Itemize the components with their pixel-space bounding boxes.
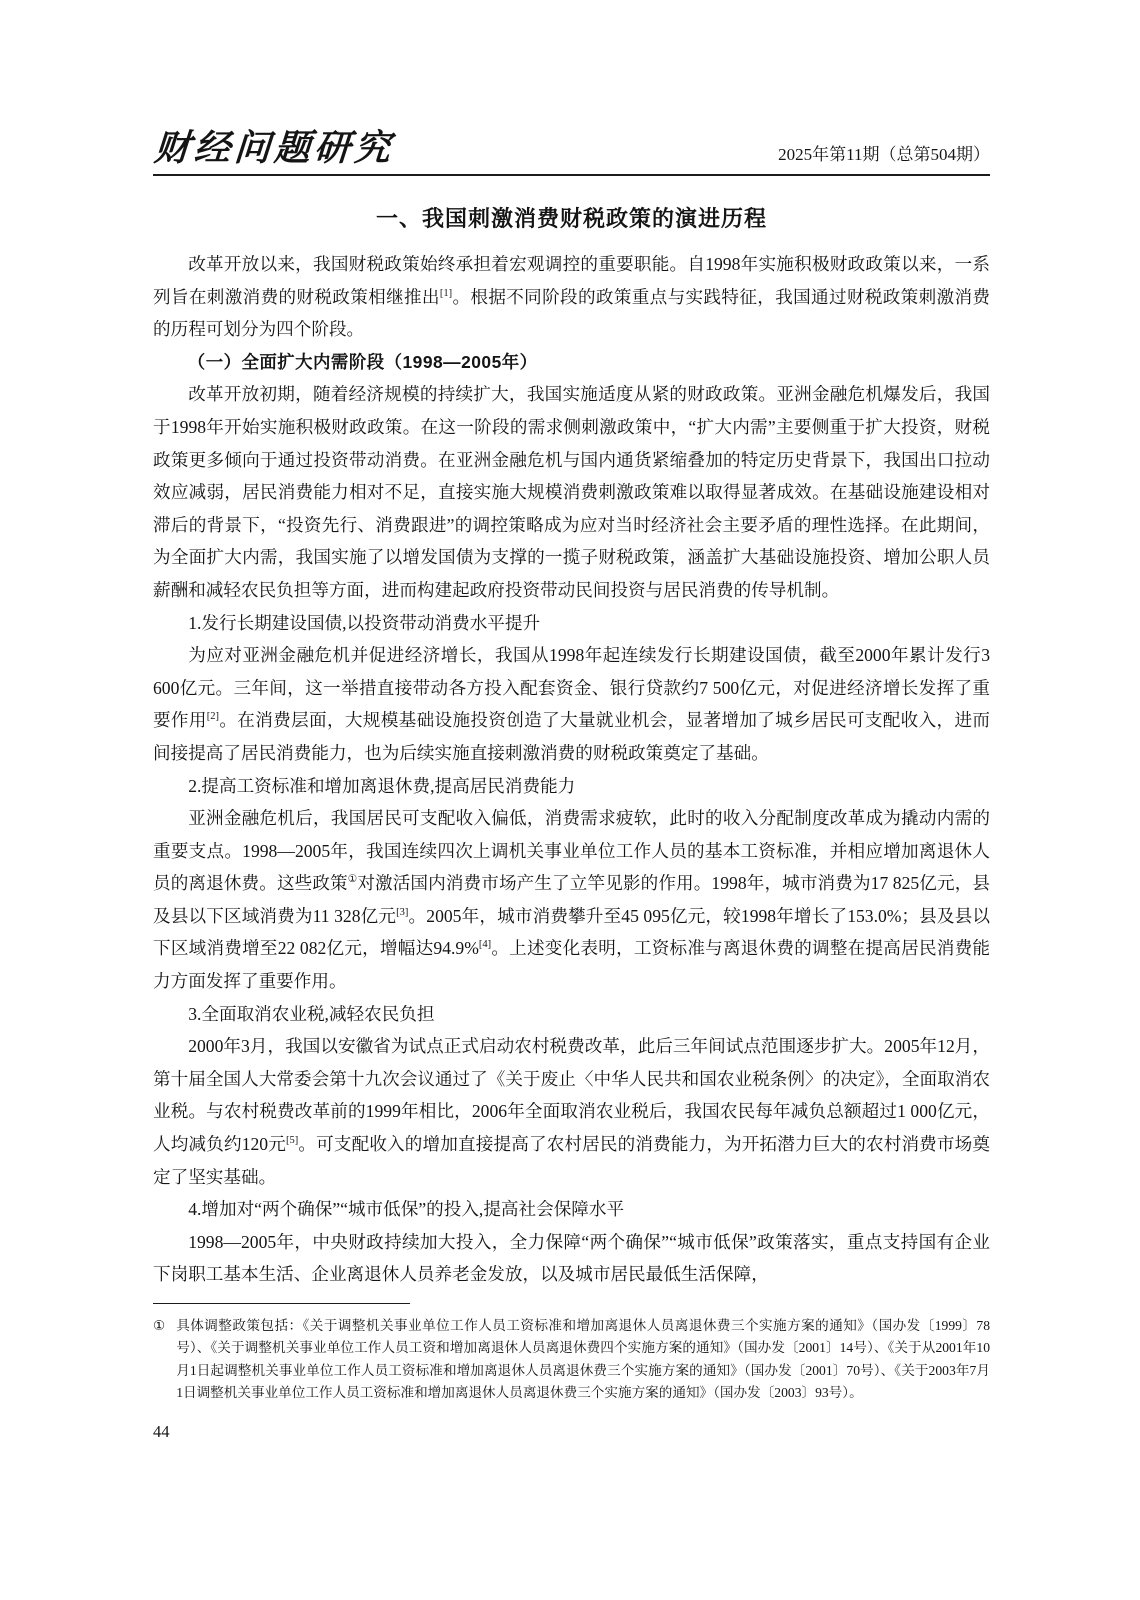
footnote-marker: ① xyxy=(153,1315,165,1405)
subsection-heading-1: （一）全面扩大内需阶段（1998—2005年） xyxy=(153,346,990,379)
item-heading-2: 2.提高工资标准和增加离退休费,提高居民消费能力 xyxy=(153,770,990,803)
footnote: ① 具体调整政策包括：《关于调整机关事业单位工作人员工资标准和增加离退休人员离退… xyxy=(153,1315,990,1405)
item-heading-3: 3.全面取消农业税,减轻农民负担 xyxy=(153,998,990,1031)
footnote-area: ① 具体调整政策包括：《关于调整机关事业单位工作人员工资标准和增加离退休人员离退… xyxy=(153,1303,990,1442)
article-body: 一、我国刺激消费财税政策的演进历程 改革开放以来，我国财税政策始终承担着宏观调控… xyxy=(153,202,990,1291)
footnote-text: 具体调整政策包括：《关于调整机关事业单位工作人员工资标准和增加离退休人员离退休费… xyxy=(176,1315,990,1405)
journal-logo: 财经问题研究 xyxy=(153,130,396,166)
paragraph-agritax: 2000年3月，我国以安徽省为试点正式启动农村税费改革，此后三年间试点范围逐步扩… xyxy=(153,1030,990,1193)
journal-page: 财经问题研究 2025年第11期（总第504期） 一、我国刺激消费财税政策的演进… xyxy=(0,0,1140,1600)
paragraph-bonds: 为应对亚洲金融危机并促进经济增长，我国从1998年起连续发行长期建设国债，截至2… xyxy=(153,639,990,769)
section-title: 一、我国刺激消费财税政策的演进历程 xyxy=(153,202,990,233)
paragraph-social-security: 1998—2005年，中央财政持续加大投入，全力保障“两个确保”“城市低保”政策… xyxy=(153,1226,990,1291)
citation-superscript: [3] xyxy=(396,907,408,918)
paragraph-wages: 亚洲金融危机后，我国居民可支配收入偏低，消费需求疲软，此时的收入分配制度改革成为… xyxy=(153,802,990,998)
page-number: 44 xyxy=(153,1422,990,1442)
citation-superscript: [1] xyxy=(440,288,452,299)
header-divider xyxy=(153,174,990,176)
paragraph-stage-overview: 改革开放初期，随着经济规模的持续扩大，我国实施适度从紧的财政政策。亚洲金融危机爆… xyxy=(153,378,990,606)
citation-superscript: ① xyxy=(348,874,358,885)
item-heading-1: 1.发行长期建设国债,以投资带动消费水平提升 xyxy=(153,607,990,640)
paragraph-intro: 改革开放以来，我国财税政策始终承担着宏观调控的重要职能。自1998年实施积极财政… xyxy=(153,248,990,346)
citation-superscript: [2] xyxy=(207,711,219,722)
page-header: 财经问题研究 2025年第11期（总第504期） xyxy=(153,130,990,166)
footnote-divider xyxy=(153,1303,410,1304)
item-heading-4: 4.增加对“两个确保”“城市低保”的投入,提高社会保障水平 xyxy=(153,1193,990,1226)
citation-superscript: [4] xyxy=(479,940,491,951)
citation-superscript: [5] xyxy=(286,1135,298,1146)
issue-info: 2025年第11期（总第504期） xyxy=(778,145,990,166)
